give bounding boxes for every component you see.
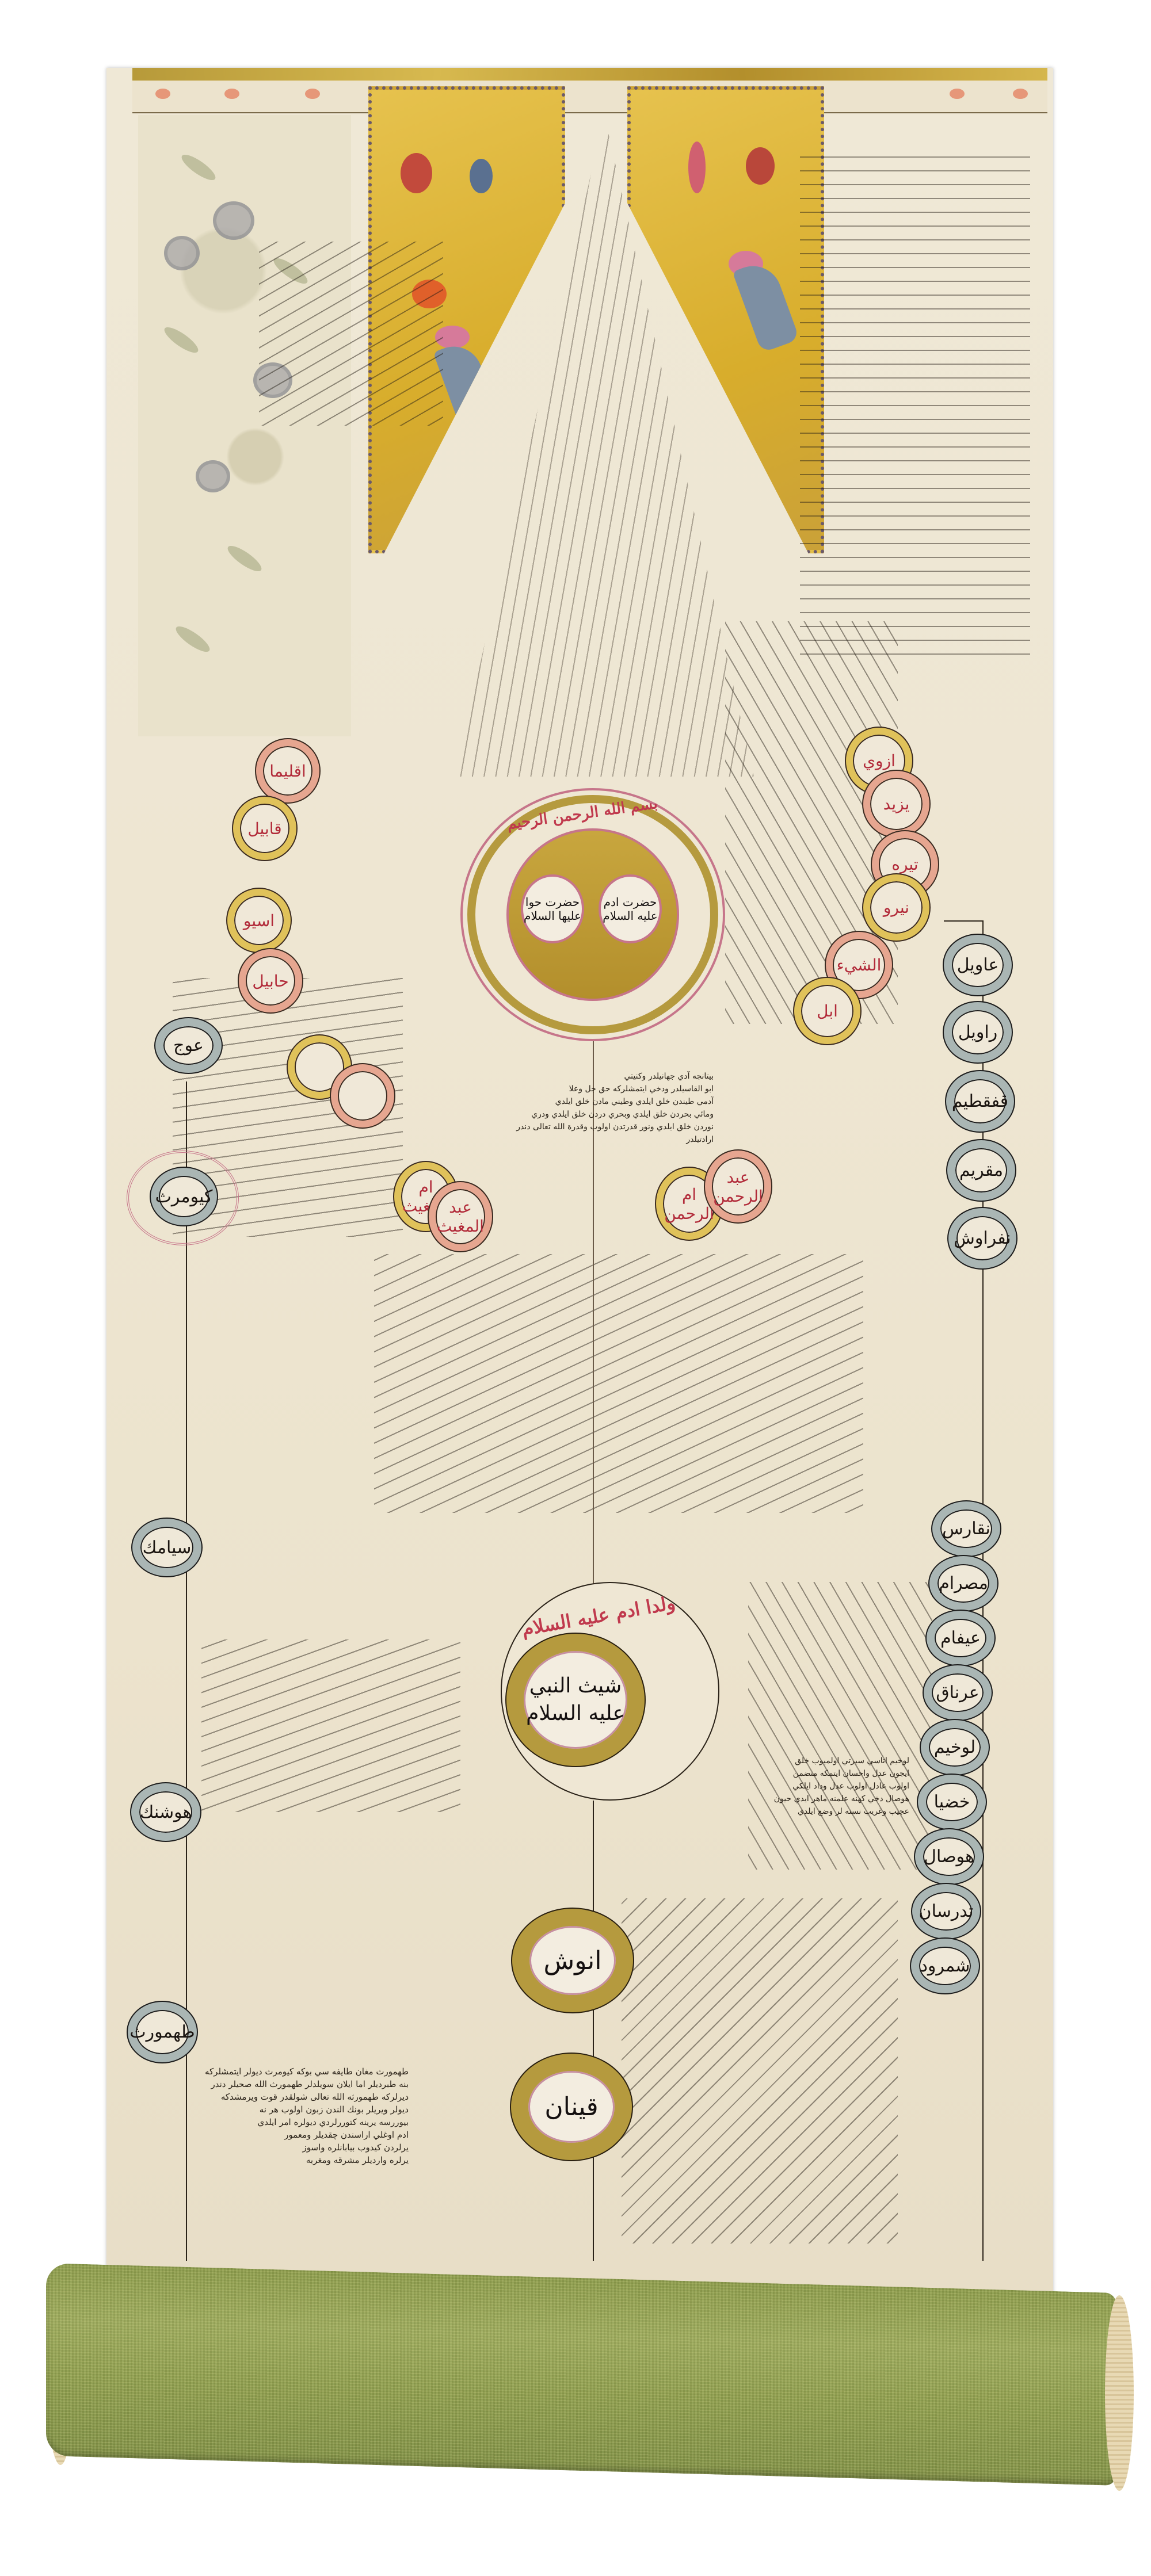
text-line: بيوررسه يرينه كتوررلردي ديولره امر ايلدي — [190, 2116, 409, 2128]
right-kings-note: لوخيم اتاسي سيرتي اولميوب خلق ايجون عدل … — [737, 1755, 909, 1818]
rosette-icon — [224, 89, 239, 99]
lineage-medallion-hushang: هوشنك — [131, 1783, 200, 1841]
lineage-name: مصرام — [939, 1573, 988, 1593]
flower-icon — [213, 201, 254, 240]
lineage-name: نفراوش — [954, 1228, 1011, 1248]
qinan-side-text — [622, 1898, 898, 2244]
lineage-name: هوصال — [924, 1847, 974, 1867]
lineage-medallion: تدرسان — [912, 1884, 980, 1939]
child-name: ازوي — [863, 751, 895, 770]
child-medallion: عبد الرحمن — [705, 1151, 771, 1222]
lineage-medallion: خضيا — [918, 1775, 986, 1829]
child-medallion: حابيل — [239, 949, 302, 1012]
flower-icon — [164, 236, 200, 270]
lineage-name: قفقطيم — [952, 1091, 1008, 1111]
lineage-name: مقريم — [959, 1160, 1003, 1180]
lineage-medallion: راويل — [944, 1002, 1012, 1062]
right-lineage-connector — [944, 920, 983, 922]
child-name: قابيل — [247, 819, 281, 838]
lineage-medallion: نقارس — [932, 1501, 1000, 1556]
child-medallion: يزيد — [863, 771, 929, 837]
flower-icon — [196, 460, 230, 492]
lineage-medallion: عرناق — [924, 1665, 992, 1720]
flower-icon — [401, 153, 432, 193]
child-medallion — [331, 1064, 394, 1128]
child-name: نيرو — [883, 898, 909, 917]
child-name: يزيد — [883, 794, 910, 813]
flower-icon — [470, 159, 493, 193]
adam-name: حضرت ادم عليه السلام — [601, 895, 660, 923]
text-line: ارادتيلدر — [472, 1133, 714, 1146]
flower-icon — [746, 147, 775, 185]
lineage-medallion: نفراوش — [948, 1208, 1016, 1268]
text-line: هوصال دخي كهنه علمنه ماهر ايدي حيون — [737, 1793, 909, 1805]
lineage-medallion: هوصال — [915, 1829, 983, 1884]
text-line: ادم اوغلي اراسندن چقديلر ومعمور — [190, 2128, 409, 2141]
king-name: عوج — [173, 1035, 204, 1056]
text-line: يرلردن كيدوب بيابانلره واسوز — [190, 2141, 409, 2154]
text-line: ايجون عدل واحسان ايتمكه منضمن — [737, 1767, 909, 1780]
lineage-medallion: مصرام — [929, 1556, 997, 1611]
central-spine-line — [593, 1801, 594, 2261]
king-name: طهمورث — [129, 2022, 195, 2042]
child-medallion: اسيو — [227, 889, 291, 952]
qinan-medallion: قينان — [511, 2054, 632, 2160]
text-line: ومائي بحردن خلق ايلدي وبحري دردن خلق ايل… — [472, 1108, 714, 1121]
left-lineage-line — [186, 1081, 187, 2261]
eve-name: حضرت حوا عليها السلام — [523, 895, 582, 923]
text-line: طهمورث مغان طايفه سي بوكه كيومرث ديولر ا… — [190, 2065, 409, 2078]
text-line: نوردن خلق ايلدي ونور قدرتدن اولوب وقدرة … — [472, 1121, 714, 1133]
lineage-medallion: عيفام — [927, 1611, 994, 1665]
lineage-name: تدرسان — [919, 1901, 974, 1921]
child-name: ابل — [817, 1002, 838, 1021]
text-line: يرلره وارديلر مشرقه ومغربه — [190, 2154, 409, 2166]
right-lower-text — [748, 1582, 932, 1870]
lineage-medallion-uj: عوج — [155, 1018, 222, 1073]
lineage-medallion: قفقطيم — [946, 1071, 1014, 1132]
lineage-medallion: عاويل — [944, 935, 1012, 995]
central-diagonal-text — [374, 1254, 863, 1513]
leaf-icon — [224, 542, 265, 575]
child-name: تيره — [891, 855, 918, 874]
text-line: آدمي طيندن خلق ايلدي وطيني مادن خلق ايلد… — [472, 1095, 714, 1108]
lineage-name: عيفام — [940, 1628, 981, 1648]
text-line: عجيب وغريب نسنه لر وضع ايلدي — [737, 1805, 909, 1818]
lineage-medallion-siyamak: سيامك — [132, 1519, 201, 1576]
lineage-name: شمرود — [920, 1956, 970, 1976]
shith-name: شيث النبي عليه السلام — [524, 1672, 627, 1727]
child-medallion: اقليما — [256, 739, 319, 802]
lineage-medallion: مقريم — [947, 1140, 1015, 1201]
eve-roundel: حضرت حوا عليها السلام — [521, 874, 584, 943]
tahmuras-note: طهمورث مغان طايفه سي بوكه كيومرث ديولر ا… — [190, 2065, 409, 2166]
leaf-icon — [161, 323, 201, 357]
floral-scroll-panel — [138, 115, 351, 736]
qinan-name: قينان — [544, 2092, 598, 2122]
text-line: بنه طبرديلر اما ايلان سويلدلر طهمورث الل… — [190, 2078, 409, 2090]
anush-name: انوش — [544, 1946, 602, 1975]
text-line: ديولر ويريلر بونك الندن زبون اولوب هر نه — [190, 2103, 409, 2116]
child-name: الشيء — [837, 956, 882, 974]
cornucopia-icon — [732, 258, 799, 353]
text-line: اولوب عادل اولوب عدل وداد ايلكي — [737, 1780, 909, 1793]
right-column-text — [800, 144, 1030, 662]
rosette-icon — [305, 89, 320, 99]
lineage-name: عاويل — [957, 955, 999, 975]
child-medallion: نيرو — [863, 874, 929, 941]
king-name: كيومرث — [155, 1187, 213, 1207]
child-name: عبد الرحمن — [712, 1168, 764, 1206]
green-silk-roller — [46, 2263, 1116, 2486]
rosette-icon — [155, 89, 170, 99]
child-medallion: قابيل — [233, 797, 296, 860]
text-line: ديرلركه طهمورثه الله تعالى شولقدر قوت وي… — [190, 2090, 409, 2103]
king-name: سيامك — [143, 1538, 192, 1558]
lineage-name: نقارس — [942, 1519, 990, 1539]
king-name: هوشنك — [140, 1802, 192, 1822]
left-lower-text — [201, 1639, 460, 1812]
child-name: اسيو — [243, 911, 275, 930]
lineage-medallion-tahmuras: طهمورث — [128, 2002, 197, 2062]
anush-medallion: انوش — [512, 1909, 633, 2012]
leaf-icon — [173, 622, 213, 656]
child-name: عبد المغيث — [436, 1198, 485, 1236]
floral-border-band — [132, 81, 1047, 113]
rosette-icon — [950, 89, 965, 99]
lineage-name: خضيا — [934, 1792, 970, 1812]
text-line: بيتانجه آدي جهانيلدر وكنيتي — [472, 1070, 714, 1083]
scroll-roll-edge — [1105, 2295, 1134, 2491]
lineage-medallion-kayumarth: كيومرث — [151, 1168, 217, 1225]
adam-roundel: حضرت ادم عليه السلام — [599, 874, 662, 943]
lineage-medallion: لوخيم — [921, 1720, 989, 1775]
lineage-name: راويل — [958, 1022, 997, 1042]
child-name: اقليما — [269, 762, 306, 781]
text-line: لوخيم اتاسي سيرتي اولميوب خلق — [737, 1755, 909, 1767]
flower-icon — [688, 142, 706, 193]
lineage-name: لوخيم — [934, 1737, 975, 1757]
gilded-top-edge — [132, 68, 1047, 81]
lineage-name: عرناق — [936, 1683, 979, 1703]
child-name: حابيل — [252, 972, 288, 991]
center-creation-note: بيتانجه آدي جهانيلدر وكنيتي ابو القاسيلد… — [472, 1070, 714, 1146]
leaf-icon — [178, 151, 219, 184]
rosette-icon — [1013, 89, 1028, 99]
child-medallion: عبد المغيث — [429, 1182, 492, 1251]
child-medallion: ابل — [794, 978, 860, 1044]
lineage-medallion: شمرود — [911, 1939, 979, 1993]
shith-medallion: شيث النبي عليه السلام — [506, 1634, 645, 1766]
upper-left-text — [259, 242, 443, 426]
text-line: ابو القاسيلدر ودخي ايتمشلركه حق جل وعلا — [472, 1083, 714, 1095]
